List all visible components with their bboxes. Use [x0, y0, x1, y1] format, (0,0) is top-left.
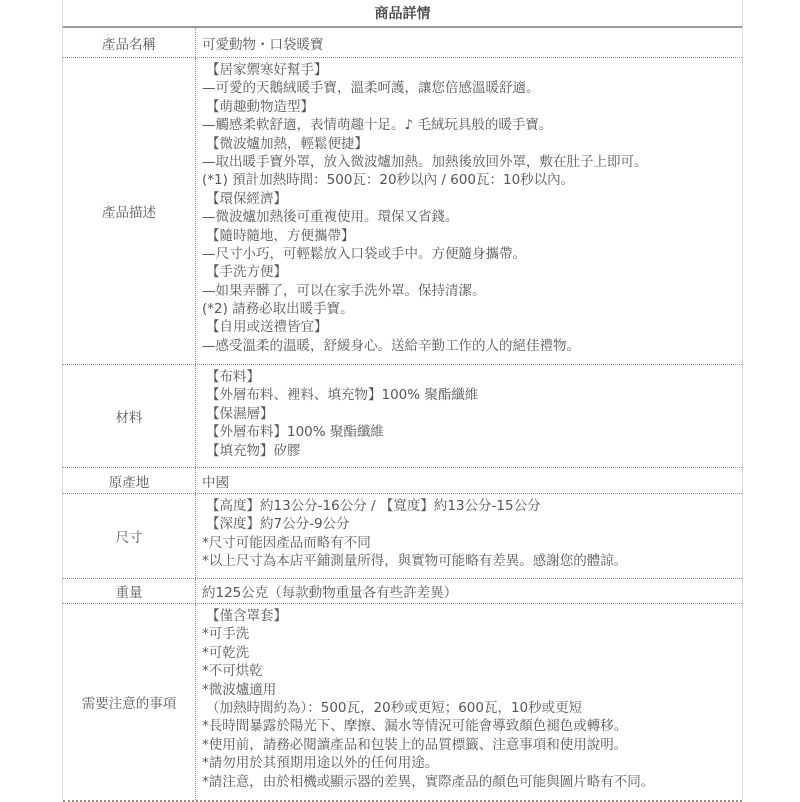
product-details-table: 商品詳情 產品名稱 可愛動物・口袋暖寶 產品描述 【居家禦寒好幫手】 —可愛的天… — [62, 0, 743, 800]
desc-line: —如果弄髒了，可以在家手洗外罩。保持清潔。 — [202, 282, 742, 300]
label-origin: 原產地 — [63, 468, 196, 493]
value-weight: 約125公克（每款動物重量各有些許差異） — [196, 579, 742, 603]
row-notes: 需要注意的事項 【僅含罩套】 *可手洗 *可乾洗 *不可烘乾 *微波爐適用 （加… — [63, 604, 742, 800]
size-line: 【高度】約13公分-16公分 / 【寬度】約13公分-15公分 — [202, 497, 742, 515]
material-line: 【外層布料、裡料、填充物】100% 聚酯纖維 — [202, 386, 742, 404]
material-line: 【填充物】矽膠 — [202, 442, 742, 460]
desc-line: 【手洗方便】 — [202, 263, 742, 281]
size-line: *以上尺寸為本店平鋪測量所得，與實物可能略有差異。感謝您的體諒。 — [202, 552, 742, 570]
row-product-description: 產品描述 【居家禦寒好幫手】 —可愛的天鵝絨暖手寶，溫柔呵護，讓您倍感溫暖舒適。… — [63, 58, 742, 365]
notes-line: *可乾洗 — [202, 644, 742, 662]
desc-line: 【微波爐加熱，輕鬆便捷】 — [202, 135, 742, 153]
material-line: 【布料】 — [202, 368, 742, 386]
desc-line: (*1) 預計加熱時間：500瓦：20秒以內 / 600瓦：10秒以內。 — [202, 171, 742, 189]
material-line: 【保濕層】 — [202, 405, 742, 423]
notes-line: *請勿用於其預期用途以外的任何用途。 — [202, 754, 742, 772]
desc-line: 【自用或送禮皆宜】 — [202, 318, 742, 336]
desc-line: —感受溫柔的溫暖，舒緩身心。送給辛勤工作的人的絕佳禮物。 — [202, 337, 742, 355]
row-origin: 原產地 中國 — [63, 468, 742, 494]
value-material: 【布料】 【外層布料、裡料、填充物】100% 聚酯纖維 【保濕層】 【外層布料】… — [196, 365, 742, 467]
desc-line: —可愛的天鵝絨暖手寶，溫柔呵護，讓您倍感溫暖舒適。 — [202, 79, 742, 97]
label-size: 尺寸 — [63, 494, 196, 578]
material-line: 【外層布料】100% 聚酯纖維 — [202, 423, 742, 441]
label-weight: 重量 — [63, 579, 196, 603]
label-notes: 需要注意的事項 — [63, 604, 196, 800]
value-product-name: 可愛動物・口袋暖寶 — [196, 28, 742, 57]
notes-line: *微波爐適用 — [202, 681, 742, 699]
desc-line: (*2) 請務必取出暖手寶。 — [202, 300, 742, 318]
table-title: 商品詳情 — [63, 0, 742, 28]
notes-line: *不可烘乾 — [202, 662, 742, 680]
value-product-description: 【居家禦寒好幫手】 —可愛的天鵝絨暖手寶，溫柔呵護，讓您倍感溫暖舒適。 【萌趣動… — [196, 58, 742, 364]
desc-line: 【隨時隨地，方便攜帶】 — [202, 227, 742, 245]
row-material: 材料 【布料】 【外層布料、裡料、填充物】100% 聚酯纖維 【保濕層】 【外層… — [63, 365, 742, 468]
value-size: 【高度】約13公分-16公分 / 【寬度】約13公分-15公分 【深度】約7公分… — [196, 494, 742, 578]
notes-line: *長時間暴露於陽光下、摩擦、漏水等情況可能會導致顏色褪色或轉移。 — [202, 717, 742, 735]
size-line: 【深度】約7公分-9公分 — [202, 515, 742, 533]
label-material: 材料 — [63, 365, 196, 467]
notes-line: （加熱時間約為）：500瓦，20秒或更短；600瓦，10秒或更短 — [202, 699, 742, 717]
notes-line: *使用前，請務必閱讀產品和包裝上的品質標籤、注意事項和使用說明。 — [202, 736, 742, 754]
label-product-name: 產品名稱 — [63, 28, 196, 57]
row-weight: 重量 約125公克（每款動物重量各有些許差異） — [63, 579, 742, 604]
notes-line: *可手洗 — [202, 625, 742, 643]
value-notes: 【僅含罩套】 *可手洗 *可乾洗 *不可烘乾 *微波爐適用 （加熱時間約為）：5… — [196, 604, 742, 800]
label-product-description: 產品描述 — [63, 58, 196, 364]
desc-line: 【居家禦寒好幫手】 — [202, 61, 742, 79]
desc-line: —尺寸小巧，可輕鬆放入口袋或手中。方便隨身攜帶。 — [202, 245, 742, 263]
desc-line: 【環保經濟】 — [202, 190, 742, 208]
desc-line: —微波爐加熱後可重複使用。環保又省錢。 — [202, 208, 742, 226]
row-size: 尺寸 【高度】約13公分-16公分 / 【寬度】約13公分-15公分 【深度】約… — [63, 494, 742, 579]
desc-line: —取出暖手寶外罩，放入微波爐加熱。加熱後放回外罩，敷在肚子上即可。 — [202, 153, 742, 171]
notes-line: *請注意，由於相機或顯示器的差異，實際產品的顏色可能與圖片略有不同。 — [202, 773, 742, 791]
row-product-name: 產品名稱 可愛動物・口袋暖寶 — [63, 28, 742, 58]
desc-line: 【萌趣動物造型】 — [202, 98, 742, 116]
size-line: *尺寸可能因產品而略有不同 — [202, 534, 742, 552]
value-origin: 中國 — [196, 468, 742, 493]
notes-line: 【僅含罩套】 — [202, 607, 742, 625]
desc-line: —觸感柔軟舒適，表情萌趣十足。♪ 毛絨玩具般的暖手寶。 — [202, 116, 742, 134]
